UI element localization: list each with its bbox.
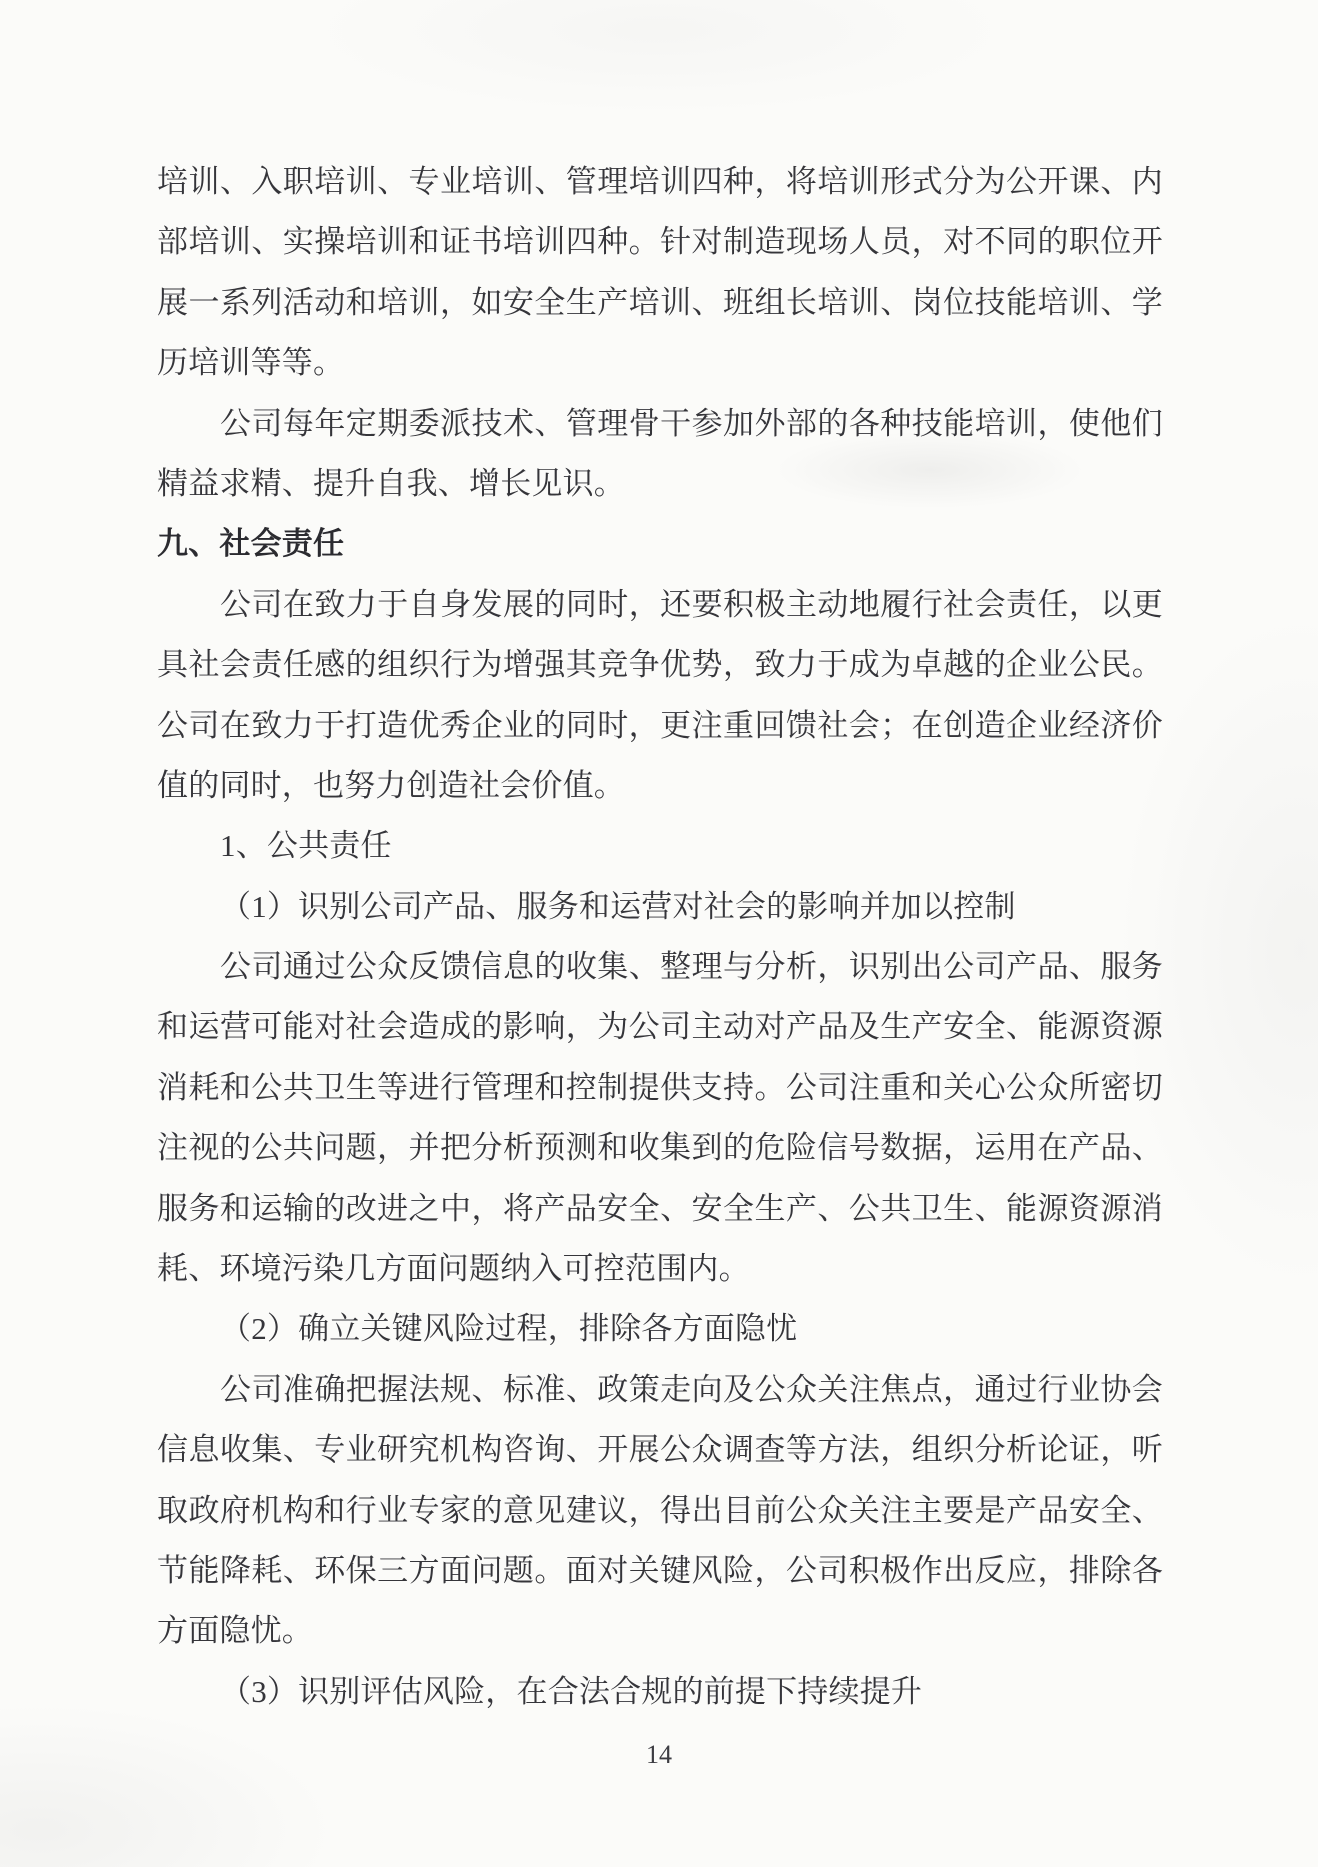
text-line: 注视的公共问题，并把分析预测和收集到的危险信号数据，运用在产品、 (157, 1118, 1163, 1178)
text-line: 节能降耗、环保三方面问题。面对关键风险，公司积极作出反应，排除各 (157, 1541, 1163, 1601)
text-line: 部培训、实操培训和证书培训四种。针对制造现场人员，对不同的职位开 (157, 212, 1163, 272)
text-line: 1、公共责任 (157, 816, 1163, 876)
text-line: 展一系列活动和培训，如安全生产培训、班组长培训、岗位技能培训、学 (157, 273, 1163, 333)
document-text-block: 培训、入职培训、专业培训、管理培训四种，将培训形式分为公开课、内部培训、实操培训… (157, 152, 1163, 1722)
page-number: 14 (0, 1740, 1318, 1770)
text-line: 耗、环境污染几方面问题纳入可控范围内。 (157, 1239, 1163, 1299)
text-line: 公司在致力于打造优秀企业的同时，更注重回馈社会；在创造企业经济价 (157, 696, 1163, 756)
text-line: （2）确立关键风险过程，排除各方面隐忧 (157, 1299, 1163, 1359)
text-line: 公司每年定期委派技术、管理骨干参加外部的各种技能培训，使他们 (157, 394, 1163, 454)
text-line: 公司通过公众反馈信息的收集、整理与分析，识别出公司产品、服务 (157, 937, 1163, 997)
text-line: 公司在致力于自身发展的同时，还要积极主动地履行社会责任，以更 (157, 575, 1163, 635)
text-line: 方面隐忧。 (157, 1601, 1163, 1661)
text-line: 和运营可能对社会造成的影响，为公司主动对产品及生产安全、能源资源 (157, 997, 1163, 1057)
text-line: 消耗和公共卫生等进行管理和控制提供支持。公司注重和关心公众所密切 (157, 1058, 1163, 1118)
text-line: （1）识别公司产品、服务和运营对社会的影响并加以控制 (157, 877, 1163, 937)
text-line: 取政府机构和行业专家的意见建议，得出目前公众关注主要是产品安全、 (157, 1481, 1163, 1541)
section-heading: 九、社会责任 (157, 514, 1163, 574)
scanned-document-page: { "page": { "number": "14", "background"… (0, 0, 1318, 1867)
text-line: （3）识别评估风险，在合法合规的前提下持续提升 (157, 1662, 1163, 1722)
text-line: 信息收集、专业研究机构咨询、开展公众调查等方法，组织分析论证，听 (157, 1420, 1163, 1480)
text-line: 具社会责任感的组织行为增强其竞争优势，致力于成为卓越的企业公民。 (157, 635, 1163, 695)
text-line: 公司准确把握法规、标准、政策走向及公众关注焦点，通过行业协会 (157, 1360, 1163, 1420)
text-line: 服务和运输的改进之中，将产品安全、安全生产、公共卫生、能源资源消 (157, 1179, 1163, 1239)
text-line: 值的同时，也努力创造社会价值。 (157, 756, 1163, 816)
text-line: 培训、入职培训、专业培训、管理培训四种，将培训形式分为公开课、内 (157, 152, 1163, 212)
text-line: 历培训等等。 (157, 333, 1163, 393)
text-line: 精益求精、提升自我、增长见识。 (157, 454, 1163, 514)
